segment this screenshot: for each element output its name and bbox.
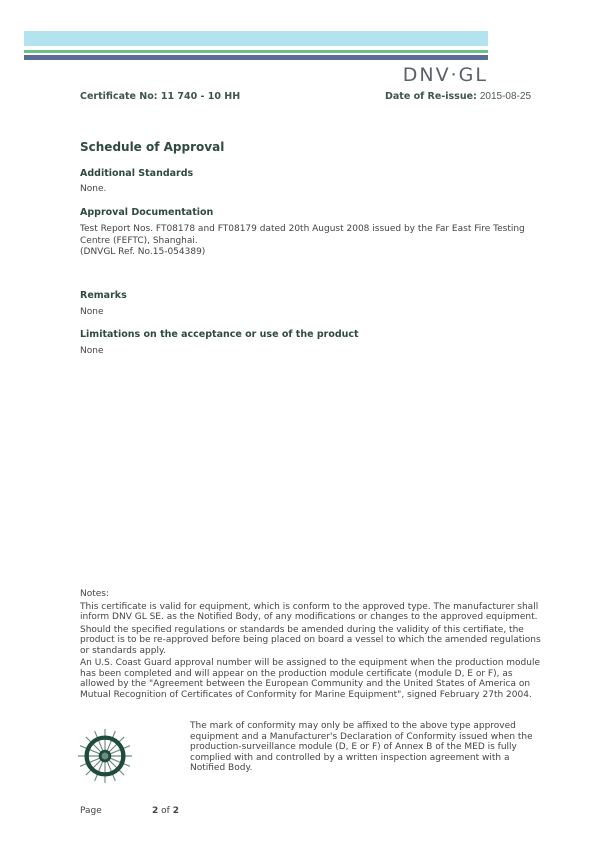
certificate-number: Certificate No: 11 740 - 10 HH (80, 91, 240, 102)
notes: Notes: This certificate is valid for equ… (80, 589, 550, 702)
page-total: 2 (173, 806, 179, 816)
ship-wheel-icon (76, 727, 134, 785)
body-line: Test Report Nos. FT08178 and FT08179 dat… (80, 224, 525, 236)
body-line: Centre (FEFTC), Shanghai. (80, 236, 525, 248)
section-body: Test Report Nos. FT08178 and FT08179 dat… (80, 224, 525, 259)
page-current: 2 (152, 806, 158, 816)
note-paragraph: This certificate is valid for equipment,… (80, 602, 550, 623)
note-paragraph: Should the specified regulations or stan… (80, 625, 550, 657)
conformity-mark-text: The mark of conformity may only be affix… (190, 721, 545, 774)
reissue-value: 2015-08-25 (480, 91, 531, 102)
dnvgl-logo: DNV·GL (403, 64, 488, 86)
reissue-date: Date of Re-issue: 2015-08-25 (385, 91, 531, 102)
page-of: of (161, 806, 170, 816)
notes-label: Notes: (80, 589, 550, 600)
body-line: (DNVGL Ref. No.15-054389) (80, 247, 525, 259)
section-heading: Approval Documentation (80, 207, 213, 218)
header-bar-navy (24, 55, 488, 60)
note-paragraph: An U.S. Coast Guard approval number will… (80, 658, 550, 700)
page-label: Page (80, 806, 102, 816)
section-heading: Limitations on the acceptance or use of … (80, 329, 359, 340)
section-body: None (80, 346, 103, 358)
page-number: 2 of 2 (152, 806, 179, 816)
page-title: Schedule of Approval (80, 140, 224, 154)
section-body: None. (80, 184, 106, 196)
reissue-label: Date of Re-issue: (385, 91, 477, 102)
section-body: None (80, 307, 103, 319)
header-bar-green (24, 50, 488, 53)
section-heading: Additional Standards (80, 168, 193, 179)
section-heading: Remarks (80, 290, 127, 301)
header-bar-sky (24, 31, 488, 46)
